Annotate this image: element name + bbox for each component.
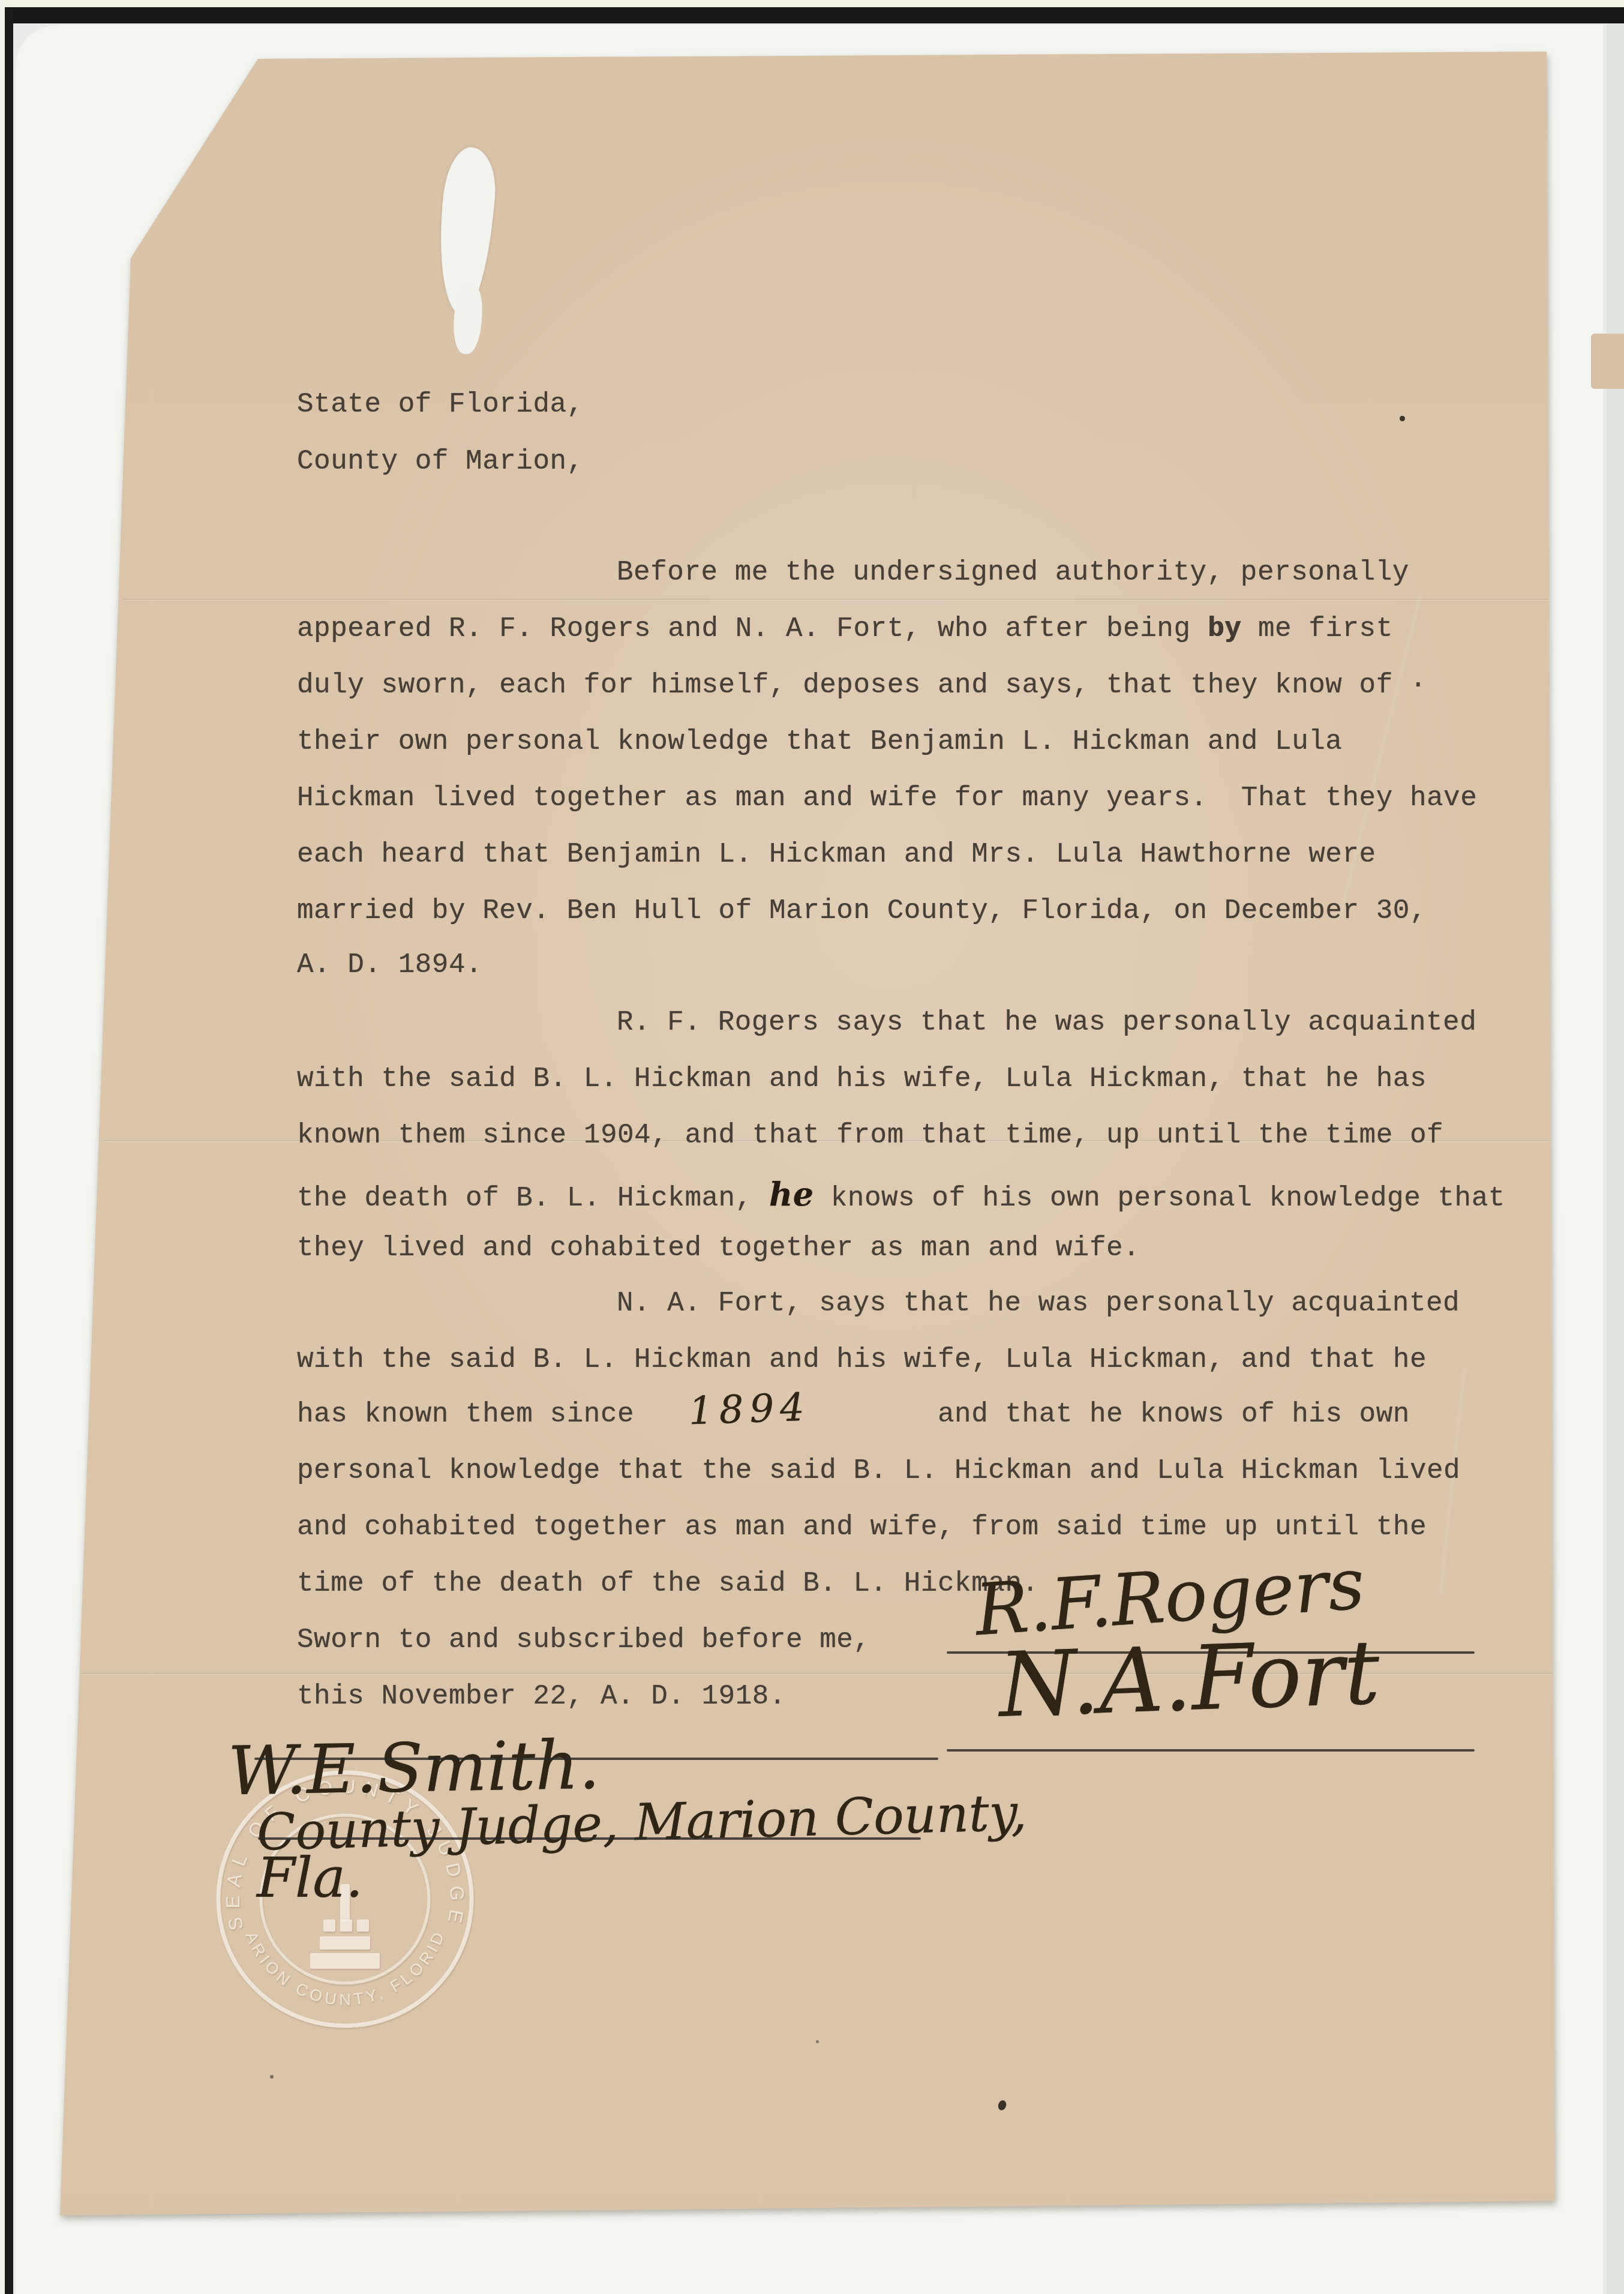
typed-line: N. A. Fort, says that he was personally … (617, 1289, 1460, 1318)
signature-line (254, 1758, 938, 1760)
typed-line: with the said B. L. Hickman and his wife… (297, 1064, 1427, 1094)
ink-speck (270, 2075, 274, 2079)
document-paper: SEAL OF COUNTY JUDGE MARION COUNTY, FLOR… (0, 0, 1624, 2294)
document-page: SEAL OF COUNTY JUDGE MARION COUNTY, FLOR… (0, 0, 1624, 2294)
typed-line-county: County of Marion, (297, 447, 584, 476)
typed-line: with the said B. L. Hickman and his wife… (297, 1345, 1427, 1375)
typed-line: Hickman lived together as man and wife f… (297, 784, 1477, 813)
fort-signature: N.A.Fort (997, 1621, 1382, 1737)
typed-line: the death of B. L. Hickman, he knows of … (297, 1177, 1505, 1213)
handwritten-year: 1894 (688, 1385, 811, 1434)
signature-line (258, 1837, 921, 1840)
typed-line-state: State of Florida, (297, 390, 584, 419)
typed-line: known them since 1904, and that from tha… (297, 1121, 1443, 1150)
typed-segment: knows of his own personal knowledge that (814, 1183, 1505, 1214)
typed-line: A. D. 1894. (297, 950, 482, 980)
typed-line: married by Rev. Ben Hull of Marion Count… (297, 896, 1427, 926)
typed-line: their own personal knowledge that Benjam… (297, 727, 1342, 757)
ink-speck (816, 2040, 819, 2043)
typed-jurat-line: this November 22, A. D. 1918. (297, 1682, 786, 1711)
signature-line (947, 1749, 1475, 1752)
typed-line: they lived and cohabited together as man… (297, 1234, 1140, 1263)
typed-line: time of the death of the said B. L. Hick… (297, 1569, 1039, 1599)
typed-segment: me first (1241, 613, 1393, 644)
typed-line: appeared R. F. Rogers and N. A. Fort, wh… (297, 614, 1393, 644)
overstruck-word: by (1208, 613, 1241, 644)
paper-edge-tab (1591, 334, 1624, 389)
inked-correction-word: he (769, 1175, 814, 1213)
typed-line: has known them since (297, 1400, 634, 1429)
typed-jurat-line: Sworn to and subscribed before me, (297, 1626, 870, 1655)
fold-crease (123, 599, 1551, 601)
typed-line: and cohabited together as man and wife, … (297, 1513, 1427, 1542)
typed-line: Before me the undersigned authority, per… (617, 558, 1409, 587)
ink-speck (1400, 416, 1405, 421)
typed-line: personal knowledge that the said B. L. H… (297, 1456, 1460, 1486)
typed-line: each heard that Benjamin L. Hickman and … (297, 840, 1376, 869)
typed-line: duly sworn, each for himself, deposes an… (297, 671, 1427, 700)
judge-state-handwritten: Fla. (257, 1846, 363, 1910)
typed-segment: appeared R. F. Rogers and N. A. Fort, wh… (297, 613, 1208, 644)
typed-line: R. F. Rogers says that he was personally… (617, 1008, 1476, 1037)
typed-segment: the death of B. L. Hickman, (297, 1183, 769, 1214)
typed-line: and that he knows of his own (938, 1400, 1410, 1429)
ink-speck (996, 2099, 1007, 2111)
